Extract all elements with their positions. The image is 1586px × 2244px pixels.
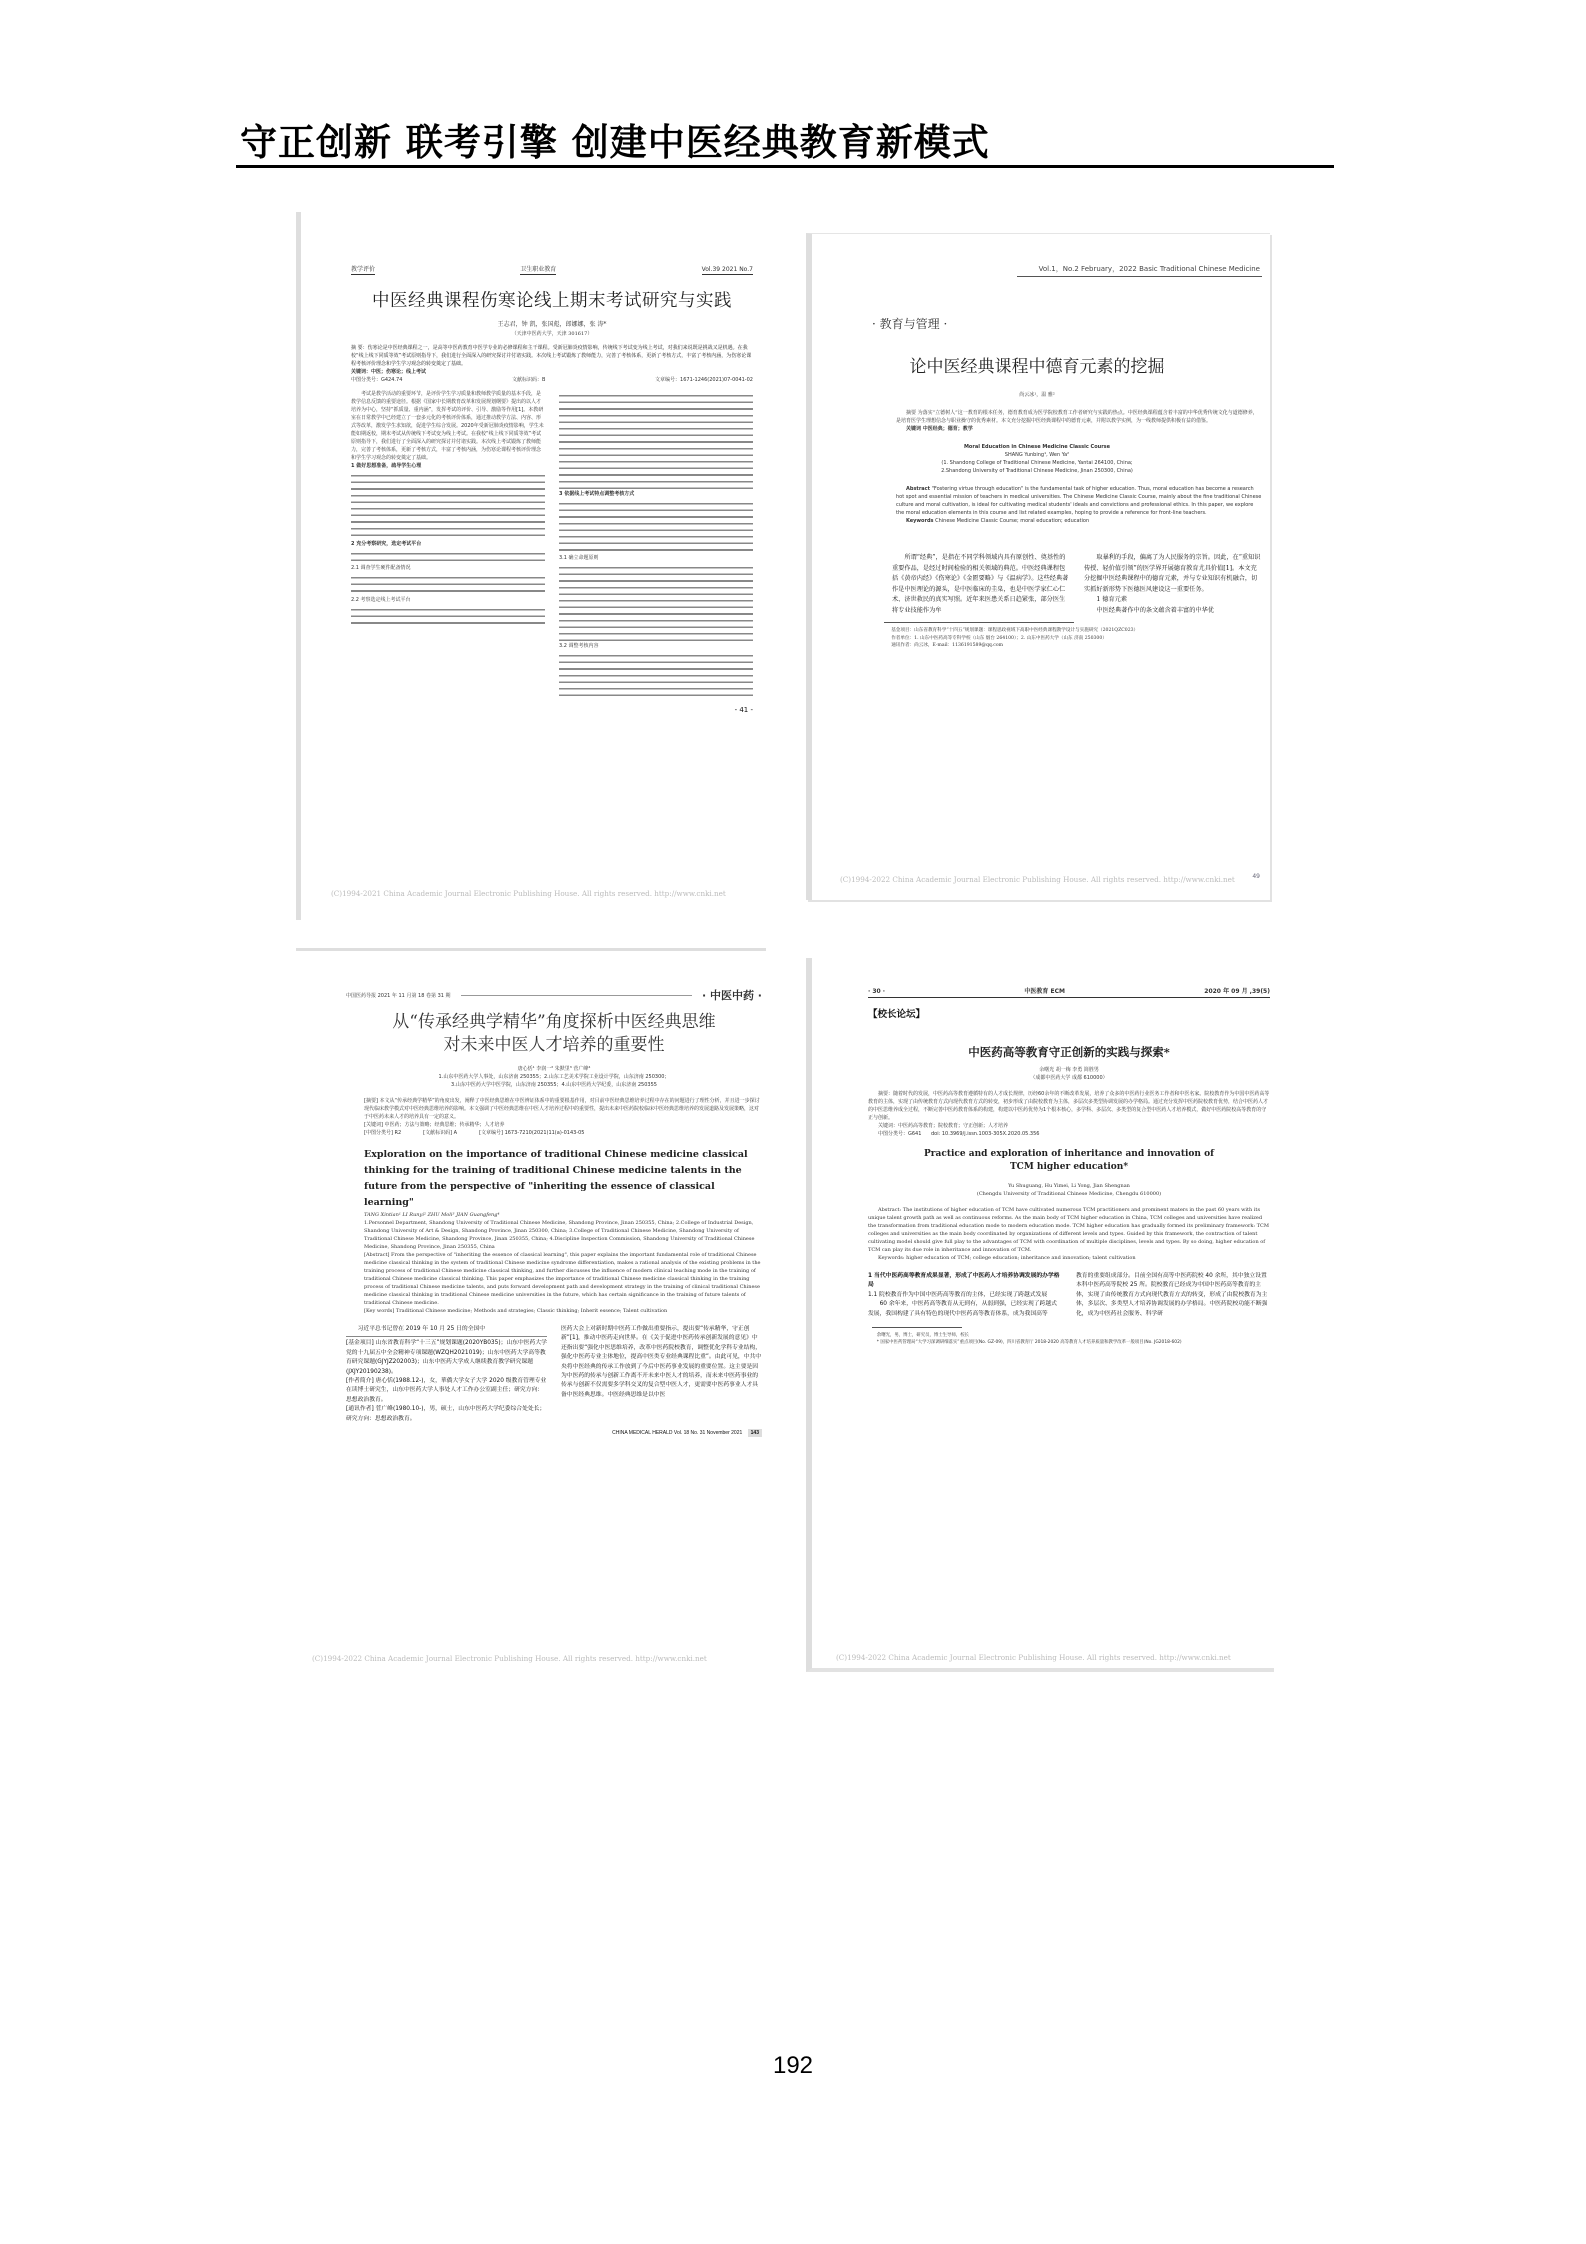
section-heading: 2.1 调查学生硬件配备情况 xyxy=(351,564,545,572)
body-text: 60 余年来，中医药高等教育从无到有，从弱到强，已经实现了跨越式发展，我国构建了… xyxy=(868,1300,1062,1319)
english-title: Moral Education in Chinese Medicine Clas… xyxy=(812,443,1262,451)
author-unit-note: 作者单位：1. 山东中医药高等专科学校（山东 烟台 264100）；2. 山东中… xyxy=(882,635,1262,643)
paper-authors: 王志君，钟 凯，张国彪，郎娜娜，张 涛* xyxy=(351,320,753,330)
fund-note: [基金项目] 山东省教育科学“十三五”规划课题(2020YB035)；山东中医药… xyxy=(346,1339,547,1377)
paper-thumbnail-4: · 30 · 中医教育 ECM 2020 年 09 月 ,39(5) 【校长论坛… xyxy=(806,958,1274,1672)
page-number-49: 49 xyxy=(1252,873,1260,880)
copyright-notice: (C)1994-2021 China Academic Journal Elec… xyxy=(331,889,726,898)
copyright-notice: (C)1994-2022 China Academic Journal Elec… xyxy=(312,1654,707,1663)
english-title: Practice and exploration of inheritance … xyxy=(868,1148,1270,1174)
english-affiliation: (Chengdu University of Traditional Chine… xyxy=(868,1190,1270,1198)
doi: doi: 10.3969/j.issn.1003-305X.2020.05.35… xyxy=(931,1131,1040,1137)
section-heading: 1.1 院校教育作为中国中医药高等教育的主体，已经实现了跨越式发展 xyxy=(868,1291,1062,1300)
column-label: · 中医中药 · xyxy=(702,987,762,1003)
english-keywords: Keywords: higher education of TCM; colle… xyxy=(868,1254,1270,1262)
copyright-notice: (C)1994-2022 China Academic Journal Elec… xyxy=(836,1653,1231,1662)
paper-abstract: [摘要] 本文从“传承经典学精华”的角度出发，阐释了中医经典思维在中医辨证体系中… xyxy=(364,1097,762,1121)
keywords-label: Keywords xyxy=(906,518,934,524)
body-text: 习近平总书记曾在 2019 年 10 月 25 日的全国中 xyxy=(346,1325,547,1334)
clc-number: 中图分类号：G641 xyxy=(878,1131,921,1137)
english-title-line-2: TCM higher education* xyxy=(868,1161,1270,1174)
paper-classification: [中图分类号] R2 [文献标识码] A [文章编号] 1673-7210(20… xyxy=(364,1129,762,1137)
body-left-column: 习近平总书记曾在 2019 年 10 月 25 日的全国中 [基金项目] 山东省… xyxy=(346,1325,547,1424)
paper-thumbnail-3: 中国医药导报 2021 年 11 月第 18 卷第 31 期 · 中医中药 · … xyxy=(296,948,766,1671)
paper-abstract: 摘要 为落实“立德树人”这一教育的根本任务，德育教育成为医学院校教育工作者研究与… xyxy=(896,409,1262,425)
paper-affiliation: （成都中医药大学 成都 610000） xyxy=(868,1074,1270,1082)
paper-classification: 中图分类号：G641 doi: 10.3969/j.issn.1003-305X… xyxy=(868,1130,1270,1138)
journal-section: 教学评价 xyxy=(351,264,375,275)
paper-abstract: 摘要：随着时代的发展，中医药高等教育遵循特有的人才成长规律，历经60余年的不断改… xyxy=(868,1090,1270,1122)
journal-name: 中医教育 ECM xyxy=(1024,986,1065,995)
paper-keywords: [关键词] 中医药；方法与策略；经典思维；传承精华；人才培养 xyxy=(364,1121,762,1129)
body-text: 考试是教学活动的重要环节，是评价学生学习质量和教师教学质量的基本手段，是教学信息… xyxy=(351,390,545,462)
article-number: 文章编号：1671-1246(2021)07-0041-02 xyxy=(655,376,753,384)
section-heading: 3 依据线上考试特点调整考核方式 xyxy=(559,490,753,498)
clc-number: [中图分类号] R2 xyxy=(364,1129,401,1137)
author-footnote: 余曙光，男，博士，研究员，博士生导师，校长 xyxy=(868,1332,1270,1339)
header-title: 守正创新 联考引擎 创建中医经典教育新模式 xyxy=(240,112,990,166)
section-heading: 1 做好思想准备，疏导学生心理 xyxy=(351,462,545,470)
copyright-notice: (C)1994-2022 China Academic Journal Elec… xyxy=(840,875,1235,884)
paper-keywords: 关键词：中医；伤寒论；线上考试 xyxy=(351,368,753,376)
paper-abstract: 摘 要：伤寒论是中医经典课程之一，是高等中医药教育中医学专业的必修课程和主干课程… xyxy=(351,344,753,368)
abstract-label: Abstract xyxy=(906,486,930,492)
journal-name: 卫生职业教育 xyxy=(520,264,556,275)
journal-page: · 30 · xyxy=(868,988,885,995)
clc-number: 中图分类号：G424.74 xyxy=(351,376,402,384)
paper-thumbnail-2: Vol.1，No.2 February，2022 Basic Tradition… xyxy=(806,233,1270,900)
english-title: Exploration on the importance of traditi… xyxy=(364,1147,762,1211)
paper-authors: 余曙光 胡一梅 李勇 简胜男 xyxy=(868,1066,1270,1074)
journal-footer: CHINA MEDICAL HERALD Vol. 18 No. 31 Nove… xyxy=(346,1430,762,1436)
affiliation-line-1: 1.山东中医药大学人事处，山东济南 250355；2.山东工艺美术学院工业设计学… xyxy=(346,1073,762,1081)
body-left-column: 考试是教学活动的重要环节，是评价学生学习质量和教师教学质量的基本手段，是教学信息… xyxy=(351,390,545,698)
journal-info: 中国医药导报 2021 年 11 月第 18 卷第 31 期 xyxy=(346,992,451,999)
doc-code: [文献标识码] A xyxy=(423,1129,457,1137)
title-line-2: 对未来中医人才培养的重要性 xyxy=(346,1034,762,1057)
paper-authors: 唐心恬¹ 李润一² 朱默里³ 菅广峰⁴ xyxy=(346,1065,762,1073)
paper-title: 论中医经典课程中德育元素的挖掘 xyxy=(812,352,1262,377)
doc-code: 文献标识码：B xyxy=(512,376,545,384)
section-heading: 2 充分考察研究，选定考试平台 xyxy=(351,540,545,548)
section-heading: 2.2 考察选定线上考试平台 xyxy=(351,596,545,604)
body-text: 取暴利的手段，偏离了为人民服务的宗旨。因此，在“重知识传授、轻价值引领”的医学界… xyxy=(1084,553,1262,595)
section-heading: 1 德育元素 xyxy=(1084,595,1262,606)
english-affiliation: 1.Personnel Department, Shandong Univers… xyxy=(364,1219,762,1251)
journal-footer-text: CHINA MEDICAL HERALD Vol. 18 No. 31 Nove… xyxy=(612,1430,742,1436)
column-label: 【校长论坛】 xyxy=(868,1006,1270,1020)
english-keywords: [Key words] Traditional Chinese medicine… xyxy=(364,1307,762,1315)
section-heading: 3.1 确立命题原则 xyxy=(559,554,753,562)
paper-title: 中医药高等教育守正创新的实践与探索* xyxy=(868,1044,1270,1060)
english-authors: TANG Xintian¹ LI Runyi² ZHU Moli³ JIAN G… xyxy=(364,1211,762,1219)
english-authors: Yu Shuguang, Hu Yimei, Li Yong, Jian She… xyxy=(868,1182,1270,1190)
author-intro-note: [作者简介] 唐心恬(1988.12-)，女，華僑大学女子大学 2020 级教育… xyxy=(346,1377,547,1405)
paper-thumbnail-1: 教学评价 卫生职业教育 Vol.39 2021 No.7 中医经典课程伤寒论线上… xyxy=(296,212,771,920)
paper-affiliation: （天津中医药大学，天津 301617） xyxy=(351,330,753,338)
corresponding-author-note: 通讯作者：尚云冰，E-mail：1136191589@qq.com xyxy=(882,642,1262,650)
header-rule xyxy=(236,165,1334,168)
paper-title: 中医经典课程伤寒论线上期末考试研究与实践 xyxy=(351,287,753,312)
english-authors: SHANG Yunbing¹, Wen Ya² xyxy=(812,451,1262,459)
article-number: [文章编号] 1673-7210(2021)11(a)-0143-05 xyxy=(479,1129,584,1137)
fund-footnote: * 国家中医药管理局“大学习深调研细落实”重点项目(No. GZ-09)，四川省… xyxy=(868,1339,1270,1346)
paper-title: 从“传承经典学精华”角度探析中医经典思维 对未来中医人才培养的重要性 xyxy=(346,1011,762,1057)
english-keywords: Chinese Medicine Classic Course; moral e… xyxy=(935,518,1089,524)
column-label: · 教育与管理 · xyxy=(872,315,1262,332)
paper-classification: 中图分类号：G424.74 文献标识码：B 文章编号：1671-1246(202… xyxy=(351,376,753,384)
page-number-143: 143 xyxy=(748,1429,762,1437)
section-heading: 1 当代中医药高等教育成果显著，形成了中医药人才培养协调发展的办学格局 xyxy=(868,1272,1062,1291)
journal-header: Vol.1，No.2 February，2022 Basic Tradition… xyxy=(1017,264,1262,277)
fund-note: 基金项目：山东省教育科学“十四五”规划课题：课程思政视域下高职中医经典课程教学设… xyxy=(882,627,1262,635)
body-right-column: 取暴利的手段，偏离了为人民服务的宗旨。因此，在“重知识传授、轻价值引领”的医学界… xyxy=(1084,553,1262,616)
english-abstract: [Abstract] From the perspective of "inhe… xyxy=(364,1251,762,1307)
paper-keywords: 关键词：中医药高等教育；院校教育；守正创新；人才培养 xyxy=(868,1122,1270,1130)
journal-date: 2020 年 09 月 ,39(5) xyxy=(1204,986,1270,995)
page-number: 192 xyxy=(0,2052,1586,2080)
body-right-column: 教育的重要组成部分。目前全国有高等中医药院校 40 余所，其中独立设置本科中医药… xyxy=(1076,1272,1270,1319)
journal-header: · 30 · 中医教育 ECM 2020 年 09 月 ,39(5) xyxy=(868,986,1270,998)
english-abstract: Abstract: The institutions of higher edu… xyxy=(868,1206,1270,1254)
body-left-column: 所谓“经典”，是指在不同学科领域内具有原创性、奠基性的重要作品，是经过时间检验的… xyxy=(892,553,1070,616)
body-right-column: 3 依据线上考试特点调整考核方式 3.1 确立命题原则 3.2 调整考核内容 xyxy=(559,390,753,698)
body-left-column: 1 当代中医药高等教育成果显著，形成了中医药人才培养协调发展的办学格局 1.1 … xyxy=(868,1272,1062,1319)
journal-volume: Vol.39 2021 No.7 xyxy=(702,266,753,275)
paper-authors: 尚云冰¹，温 雅² xyxy=(812,391,1262,399)
section-heading: 3.2 调整考核内容 xyxy=(559,642,753,650)
affiliation-line-2: 3.山东中医药大学中医学院，山东济南 250355；4.山东中医药大学纪委，山东… xyxy=(346,1081,762,1089)
journal-header: 中国医药导报 2021 年 11 月第 18 卷第 31 期 · 中医中药 · xyxy=(346,987,762,1003)
english-affiliation-1: (1. Shandong College of Traditional Chin… xyxy=(812,459,1262,467)
body-text: 中医经典著作中的条文蕴含着丰富的中华优 xyxy=(1084,606,1262,617)
page-number-41: - 41 - xyxy=(351,706,753,714)
corresponding-author-note: [通讯作者] 菅广峰(1980.10-)，男，硕士，山东中医药大学纪委综合处处长… xyxy=(346,1405,547,1424)
english-affiliation-2: 2.Shandong University of Traditional Chi… xyxy=(812,467,1262,475)
english-abstract: "Fostering virtue through education" is … xyxy=(896,486,1261,516)
paper-keywords: 关键词 中医经典；德育；教学 xyxy=(896,425,1262,433)
journal-header: 教学评价 卫生职业教育 Vol.39 2021 No.7 xyxy=(351,264,753,275)
english-title-line-1: Practice and exploration of inheritance … xyxy=(868,1148,1270,1161)
body-right-column: 医药大会上对新时期中医药工作做出重要指示，提出要“传承精华，守正创新”[1]，推… xyxy=(561,1325,762,1424)
title-line-1: 从“传承经典学精华”角度探析中医经典思维 xyxy=(346,1011,762,1034)
